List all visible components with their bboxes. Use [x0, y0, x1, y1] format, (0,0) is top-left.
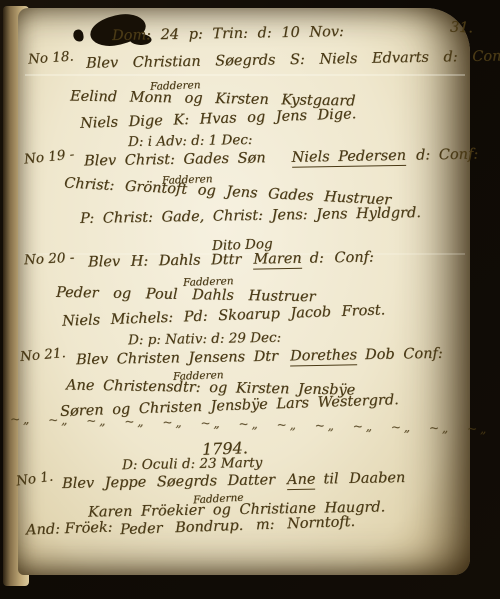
- page-number: 31.: [450, 20, 474, 37]
- entry-text-post: Dob Conf:: [365, 346, 443, 363]
- entry-margin-note: And: Fröek:: [26, 519, 113, 538]
- entry-text-pre: Blev H: Dahls Dttr: [88, 252, 242, 271]
- entry-text-post: til Daaben: [323, 470, 405, 487]
- confirmand-name-underlined: Dorethes: [290, 347, 357, 366]
- confirmand-name-underlined: Niels Pedersen: [291, 148, 406, 168]
- entry-number: No 18.: [27, 48, 74, 67]
- baptised-name-underlined: Ane: [287, 472, 316, 490]
- entry-number: No 20 -: [24, 250, 75, 269]
- entry-date: D: p: Nativ: d: 29 Dec:: [128, 330, 281, 349]
- entry-date: D: i Adv: d: 1 Dec:: [128, 132, 253, 150]
- register-page-scan: Dom: 24 p: Trin: d: 10 Nov: 31. No 18. B…: [0, 0, 500, 599]
- entry-text-post: d: Conf:: [416, 147, 478, 164]
- entry-text-post: d: Conf:: [310, 250, 374, 267]
- entry-text-pre: Blev Christ: Gades Søn: [84, 150, 266, 169]
- confirmand-name-underlined: Maren: [253, 251, 302, 270]
- entry-date: D: Oculi d: 23 Marty: [122, 455, 263, 473]
- scan-streak: [25, 74, 465, 76]
